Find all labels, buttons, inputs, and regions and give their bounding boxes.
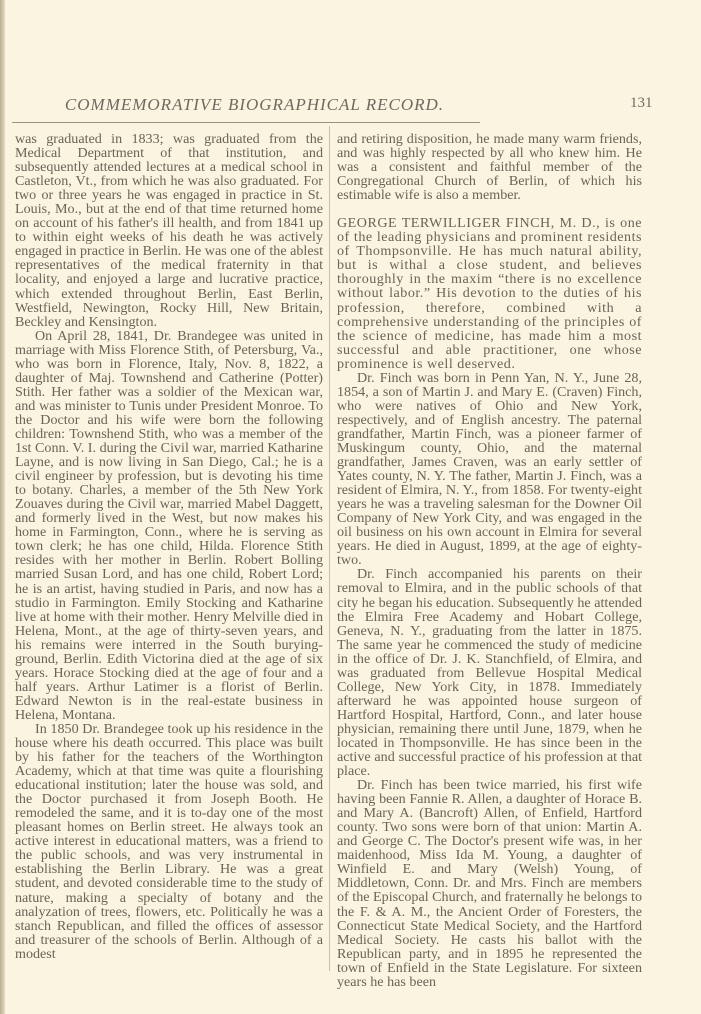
paragraph: Dr. Finch accompanied his parents on the… xyxy=(337,567,642,778)
right-column: and retiring disposition, he made many w… xyxy=(337,132,642,989)
left-column: was graduated in 1833; was graduated fro… xyxy=(15,132,323,961)
column-divider xyxy=(329,126,330,971)
paragraph: In 1850 Dr. Brandegee took up his reside… xyxy=(15,722,323,961)
biography-entry: GEORGE TERWILLIGER FINCH, M. D., is one … xyxy=(337,216,642,371)
header-rule xyxy=(12,122,480,123)
book-binding-edge xyxy=(0,0,5,1014)
paragraph: and retiring disposition, he made many w… xyxy=(337,132,642,202)
heading-continuation: is one of the leading physicians and pro… xyxy=(337,215,642,371)
paragraph: Dr. Finch was born in Penn Yan, N. Y., J… xyxy=(337,371,642,568)
running-title: COMMEMORATIVE BIOGRAPHICAL RECORD. xyxy=(12,95,497,115)
paragraph: Dr. Finch has been twice married, his fi… xyxy=(337,778,642,989)
paragraph: was graduated in 1833; was graduated fro… xyxy=(15,132,323,329)
paragraph: On April 28, 1841, Dr. Brandegee was uni… xyxy=(15,329,323,722)
page-number: 131 xyxy=(630,95,653,112)
